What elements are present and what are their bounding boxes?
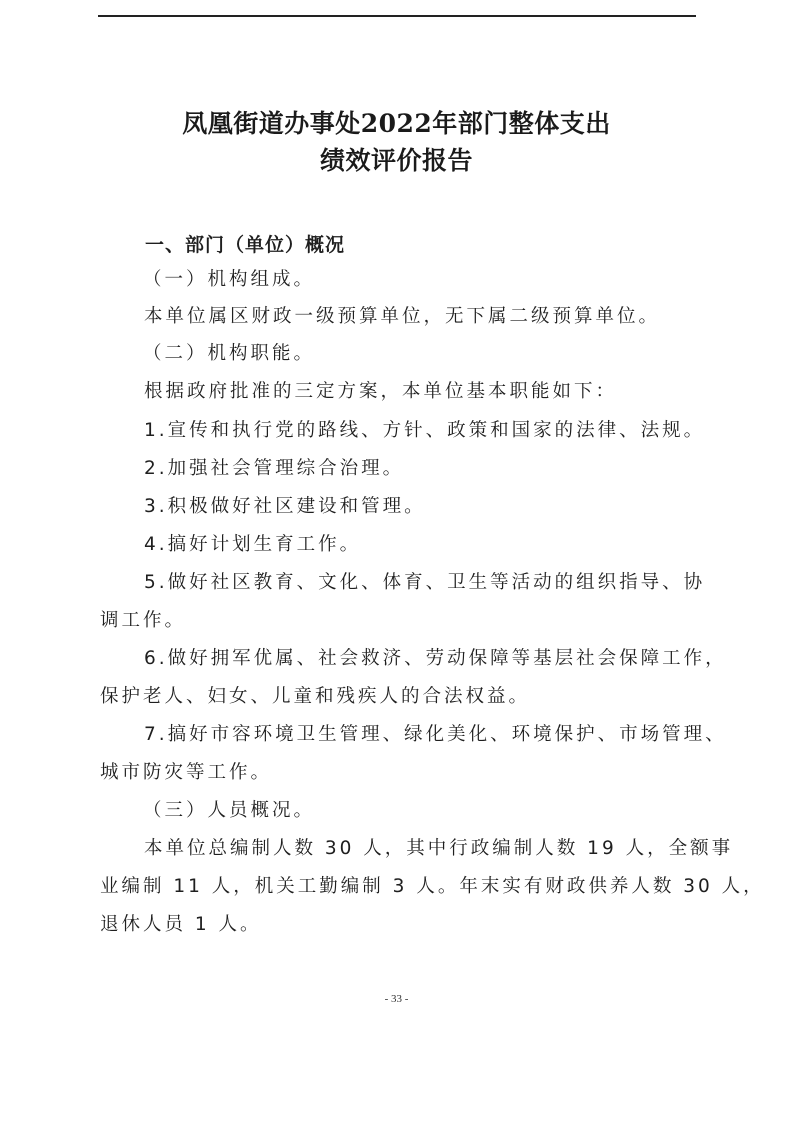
function-item-1: 1.宣传和执行党的路线、方针、政策和国家的法律、法规。 (144, 416, 705, 442)
document-title-line-1: 凤凰街道办事处2022年部门整体支出 (0, 104, 793, 140)
section-heading: 一、部门（单位）概况 (145, 230, 345, 257)
paragraph-staff-line-1: 本单位总编制人数 30 人，其中行政编制人数 19 人，全额事 (144, 834, 733, 860)
function-item-7-cont: 城市防灾等工作。 (100, 758, 272, 784)
function-item-4: 4.搞好计划生育工作。 (144, 530, 361, 556)
function-item-2: 2.加强社会管理综合治理。 (144, 454, 404, 480)
subsection-heading-2: （二）机构职能。 (143, 339, 315, 365)
function-item-3: 3.积极做好社区建设和管理。 (144, 492, 426, 518)
subsection-heading-1: （一）机构组成。 (143, 265, 315, 291)
function-item-7: 7.搞好市容环境卫生管理、绿化美化、环境保护、市场管理、 (144, 720, 727, 746)
function-item-6: 6.做好拥军优属、社会救济、劳动保障等基层社会保障工作， (144, 644, 727, 670)
document-title-line-2: 绩效评价报告 (0, 141, 793, 177)
function-item-5: 5.做好社区教育、文化、体育、卫生等活动的组织指导、协 (144, 568, 705, 594)
paragraph-functions-intro: 根据政府批准的三定方案，本单位基本职能如下： (144, 377, 617, 403)
function-item-6-cont: 保护老人、妇女、儿童和残疾人的合法权益。 (100, 682, 530, 708)
function-item-5-cont: 调工作。 (100, 606, 186, 632)
page-number: - 33 - (0, 993, 793, 1005)
paragraph-org-composition: 本单位属区财政一级预算单位，无下属二级预算单位。 (144, 302, 660, 328)
paragraph-staff-line-3: 退休人员 1 人。 (100, 910, 262, 936)
subsection-heading-3: （三）人员概况。 (143, 796, 315, 822)
paragraph-staff-line-2: 业编制 11 人，机关工勤编制 3 人。年末实有财政供养人数 30 人， (100, 872, 765, 898)
header-rule (98, 15, 696, 17)
